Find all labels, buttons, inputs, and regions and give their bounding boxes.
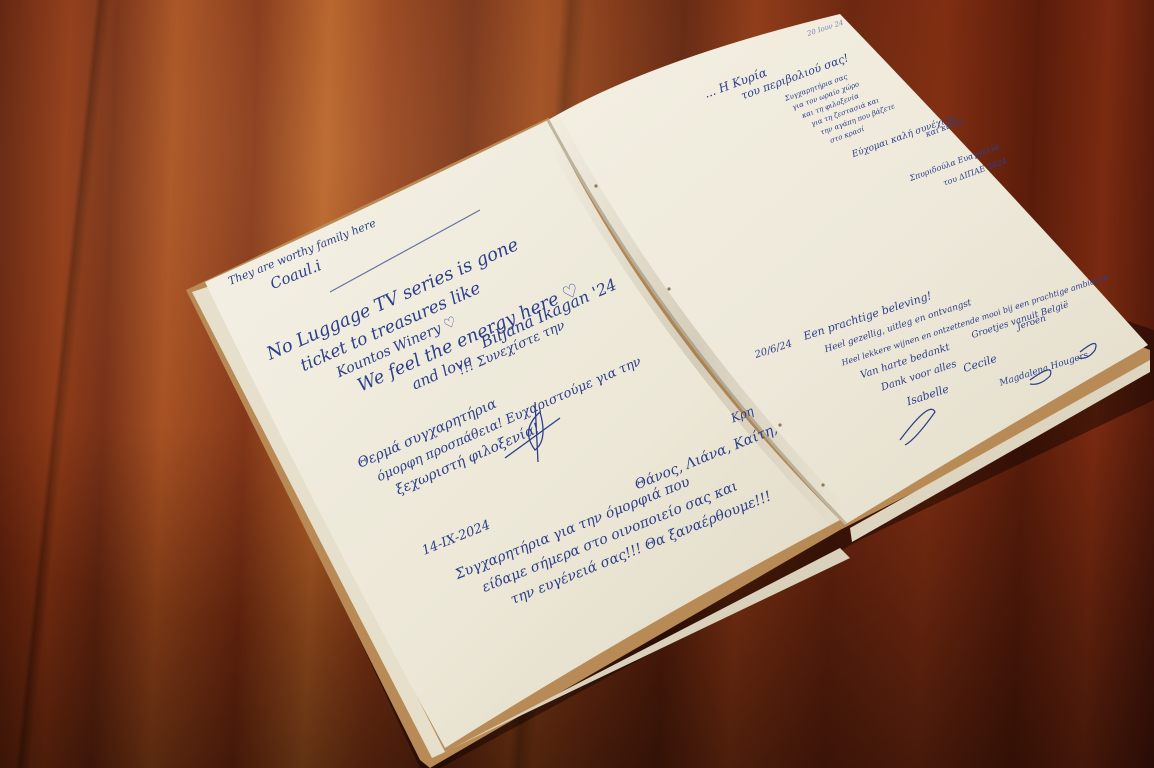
binding-stitch [667, 287, 670, 290]
binding-stitch [594, 184, 597, 187]
binding-stitch [821, 483, 824, 486]
guestbook: They are worthy family here Coaul.i No L… [0, 0, 1154, 768]
binding-stitch [778, 423, 781, 426]
